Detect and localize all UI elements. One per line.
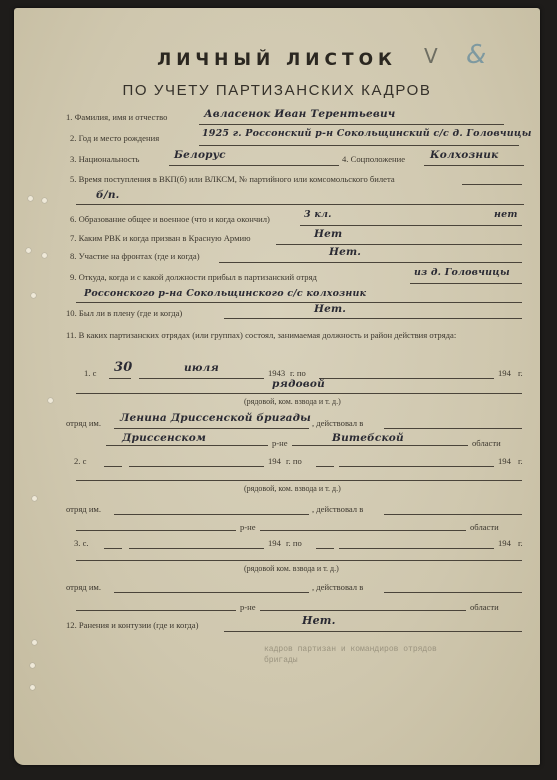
- underline: [224, 631, 522, 632]
- punch-hole: [26, 248, 31, 253]
- field-4-label: 4. Соцположение: [342, 154, 405, 164]
- pencil-mark: &: [466, 40, 486, 70]
- field-9-value: из д. Головчицы: [414, 267, 510, 278]
- entry-2-region-label: области: [470, 522, 499, 532]
- underline: [292, 445, 468, 446]
- field-8-label: 8. Участие на фронтах (где и когда): [70, 251, 200, 261]
- underline: [106, 445, 268, 446]
- underline: [76, 393, 522, 394]
- entry-2-unit-label: отряд им.: [66, 504, 101, 514]
- check-mark: V: [424, 44, 438, 68]
- field-11-label: 11. В каких партизанских отрядах (или гр…: [66, 328, 526, 343]
- field-12-value: Нет.: [302, 614, 336, 627]
- underline: [114, 592, 309, 593]
- underline: [76, 560, 522, 561]
- entry-2-year-from: 194: [268, 456, 281, 466]
- entry-3-number: 3. с.: [74, 538, 89, 548]
- underline: [104, 548, 122, 549]
- underline: [109, 378, 131, 379]
- underline: [316, 548, 334, 549]
- field-6-value-2: нет: [494, 209, 518, 220]
- entry-2-position-hint: (рядовой, ком. взвода и т. д.): [244, 484, 341, 493]
- entry-2-year-from-suffix: г. по: [286, 456, 302, 466]
- entry-3-acted-label: , действовал в: [312, 582, 363, 592]
- bleedthrough-text: кадров партизан и командиров отрядов: [264, 645, 437, 654]
- underline: [76, 480, 522, 481]
- entry-2-year-to: 194: [498, 456, 511, 466]
- entry-1-acted-label: , действовал в: [312, 418, 363, 428]
- punch-hole: [31, 293, 36, 298]
- underline: [339, 466, 494, 467]
- punch-hole: [28, 196, 33, 201]
- field-2-value: 1925 г. Россонский р-н Сокольщинский с/с…: [202, 128, 532, 139]
- entry-1-month: июля: [184, 362, 219, 374]
- entry-1-year-from: 1943: [268, 368, 285, 378]
- entry-3-position-hint: (рядовой ком. взвода и т. д.): [244, 564, 339, 573]
- underline: [199, 124, 504, 125]
- field-3-value: Белорус: [174, 149, 226, 161]
- underline: [384, 428, 522, 429]
- underline: [260, 610, 466, 611]
- underline: [219, 262, 522, 263]
- entry-1-region-label: области: [472, 438, 501, 448]
- underline: [169, 165, 339, 166]
- entry-3-district-label: р-не: [240, 602, 256, 612]
- field-5-value: б/п.: [96, 189, 120, 201]
- entry-1-year-to: 194: [498, 368, 511, 378]
- document-title: ЛИЧНЫЙ ЛИСТОК: [14, 50, 540, 70]
- underline: [129, 548, 264, 549]
- field-9-value-2: Россонского р-на Сокольщинского с/с колх…: [84, 288, 366, 299]
- punch-hole: [32, 640, 37, 645]
- entry-3-year-from-suffix: г. по: [286, 538, 302, 548]
- punch-hole: [42, 253, 47, 258]
- entry-3-year-to: 194: [498, 538, 511, 548]
- underline: [76, 204, 524, 205]
- field-1-value: Авласенок Иван Терентьевич: [204, 108, 395, 120]
- field-1-label: 1. Фамилия, имя и отчество: [66, 112, 167, 122]
- underline: [424, 165, 524, 166]
- underline: [319, 378, 494, 379]
- underline: [114, 428, 309, 429]
- underline: [224, 318, 522, 319]
- underline: [114, 514, 309, 515]
- underline: [462, 184, 522, 185]
- underline: [384, 592, 522, 593]
- bleedthrough-text: бригады: [264, 656, 298, 665]
- field-3-label: 3. Национальность: [70, 154, 139, 164]
- entry-1-position: рядовой: [272, 378, 325, 390]
- entry-1-day: 30: [114, 360, 133, 375]
- underline: [316, 466, 334, 467]
- underline: [199, 145, 519, 146]
- entry-1-year-from-suffix: г. по: [290, 368, 306, 378]
- field-6-label: 6. Образование общее и военное (что и ко…: [70, 214, 270, 224]
- underline: [76, 530, 236, 531]
- punch-hole: [48, 398, 53, 403]
- entry-3-unit-label: отряд им.: [66, 582, 101, 592]
- entry-1-year-to-suffix: г.: [518, 368, 523, 378]
- underline: [339, 548, 494, 549]
- underline: [139, 378, 264, 379]
- entry-2-year-to-suffix: г.: [518, 456, 523, 466]
- field-10-value: Нет.: [314, 303, 346, 315]
- field-8-value: Нет.: [329, 246, 361, 258]
- punch-hole: [42, 198, 47, 203]
- field-9-label: 9. Откуда, когда и с какой должности при…: [70, 272, 317, 282]
- entry-3-region-label: области: [470, 602, 499, 612]
- underline: [384, 514, 522, 515]
- field-6-value: 3 кл.: [304, 209, 332, 220]
- underline: [76, 610, 236, 611]
- entry-1-number: 1. с: [84, 368, 96, 378]
- field-7-value: Нет: [314, 228, 342, 240]
- field-2-label: 2. Год и место рождения: [70, 133, 159, 143]
- entry-1-unit-label: отряд им.: [66, 418, 101, 428]
- entry-1-position-hint: (рядовой, ком. взвода и т. д.): [244, 397, 341, 406]
- punch-hole: [30, 663, 35, 668]
- underline: [410, 283, 522, 284]
- field-4-value: Колхозник: [430, 149, 498, 161]
- underline: [129, 466, 264, 467]
- underline: [260, 530, 466, 531]
- document-subtitle: ПО УЧЕТУ ПАРТИЗАНСКИХ КАДРОВ: [14, 82, 540, 99]
- field-10-label: 10. Был ли в плену (где и когда): [66, 308, 182, 318]
- entry-3-year-to-suffix: г.: [518, 538, 523, 548]
- field-7-label: 7. Каким РВК и когда призван в Красную А…: [70, 233, 251, 243]
- entry-2-number: 2. с: [74, 456, 86, 466]
- entry-2-acted-label: , действовал в: [312, 504, 363, 514]
- punch-hole: [32, 496, 37, 501]
- entry-1-region: Витебской: [332, 432, 404, 444]
- entry-2-district-label: р-не: [240, 522, 256, 532]
- entry-1-unit: Ленина Дриссенской бригады: [120, 412, 311, 424]
- underline: [276, 244, 522, 245]
- entry-1-district: Дриссенском: [122, 432, 206, 444]
- field-12-label: 12. Ранения и контузии (где и когда): [66, 620, 198, 630]
- field-5-label: 5. Время поступления в ВКП(б) или ВЛКСМ,…: [70, 174, 395, 184]
- underline: [76, 302, 522, 303]
- punch-hole: [30, 685, 35, 690]
- underline: [104, 466, 122, 467]
- underline: [300, 225, 522, 226]
- entry-1-district-label: р-не: [272, 438, 288, 448]
- document-page: ЛИЧНЫЙ ЛИСТОК ПО УЧЕТУ ПАРТИЗАНСКИХ КАДР…: [14, 8, 540, 765]
- entry-3-year-from: 194: [268, 538, 281, 548]
